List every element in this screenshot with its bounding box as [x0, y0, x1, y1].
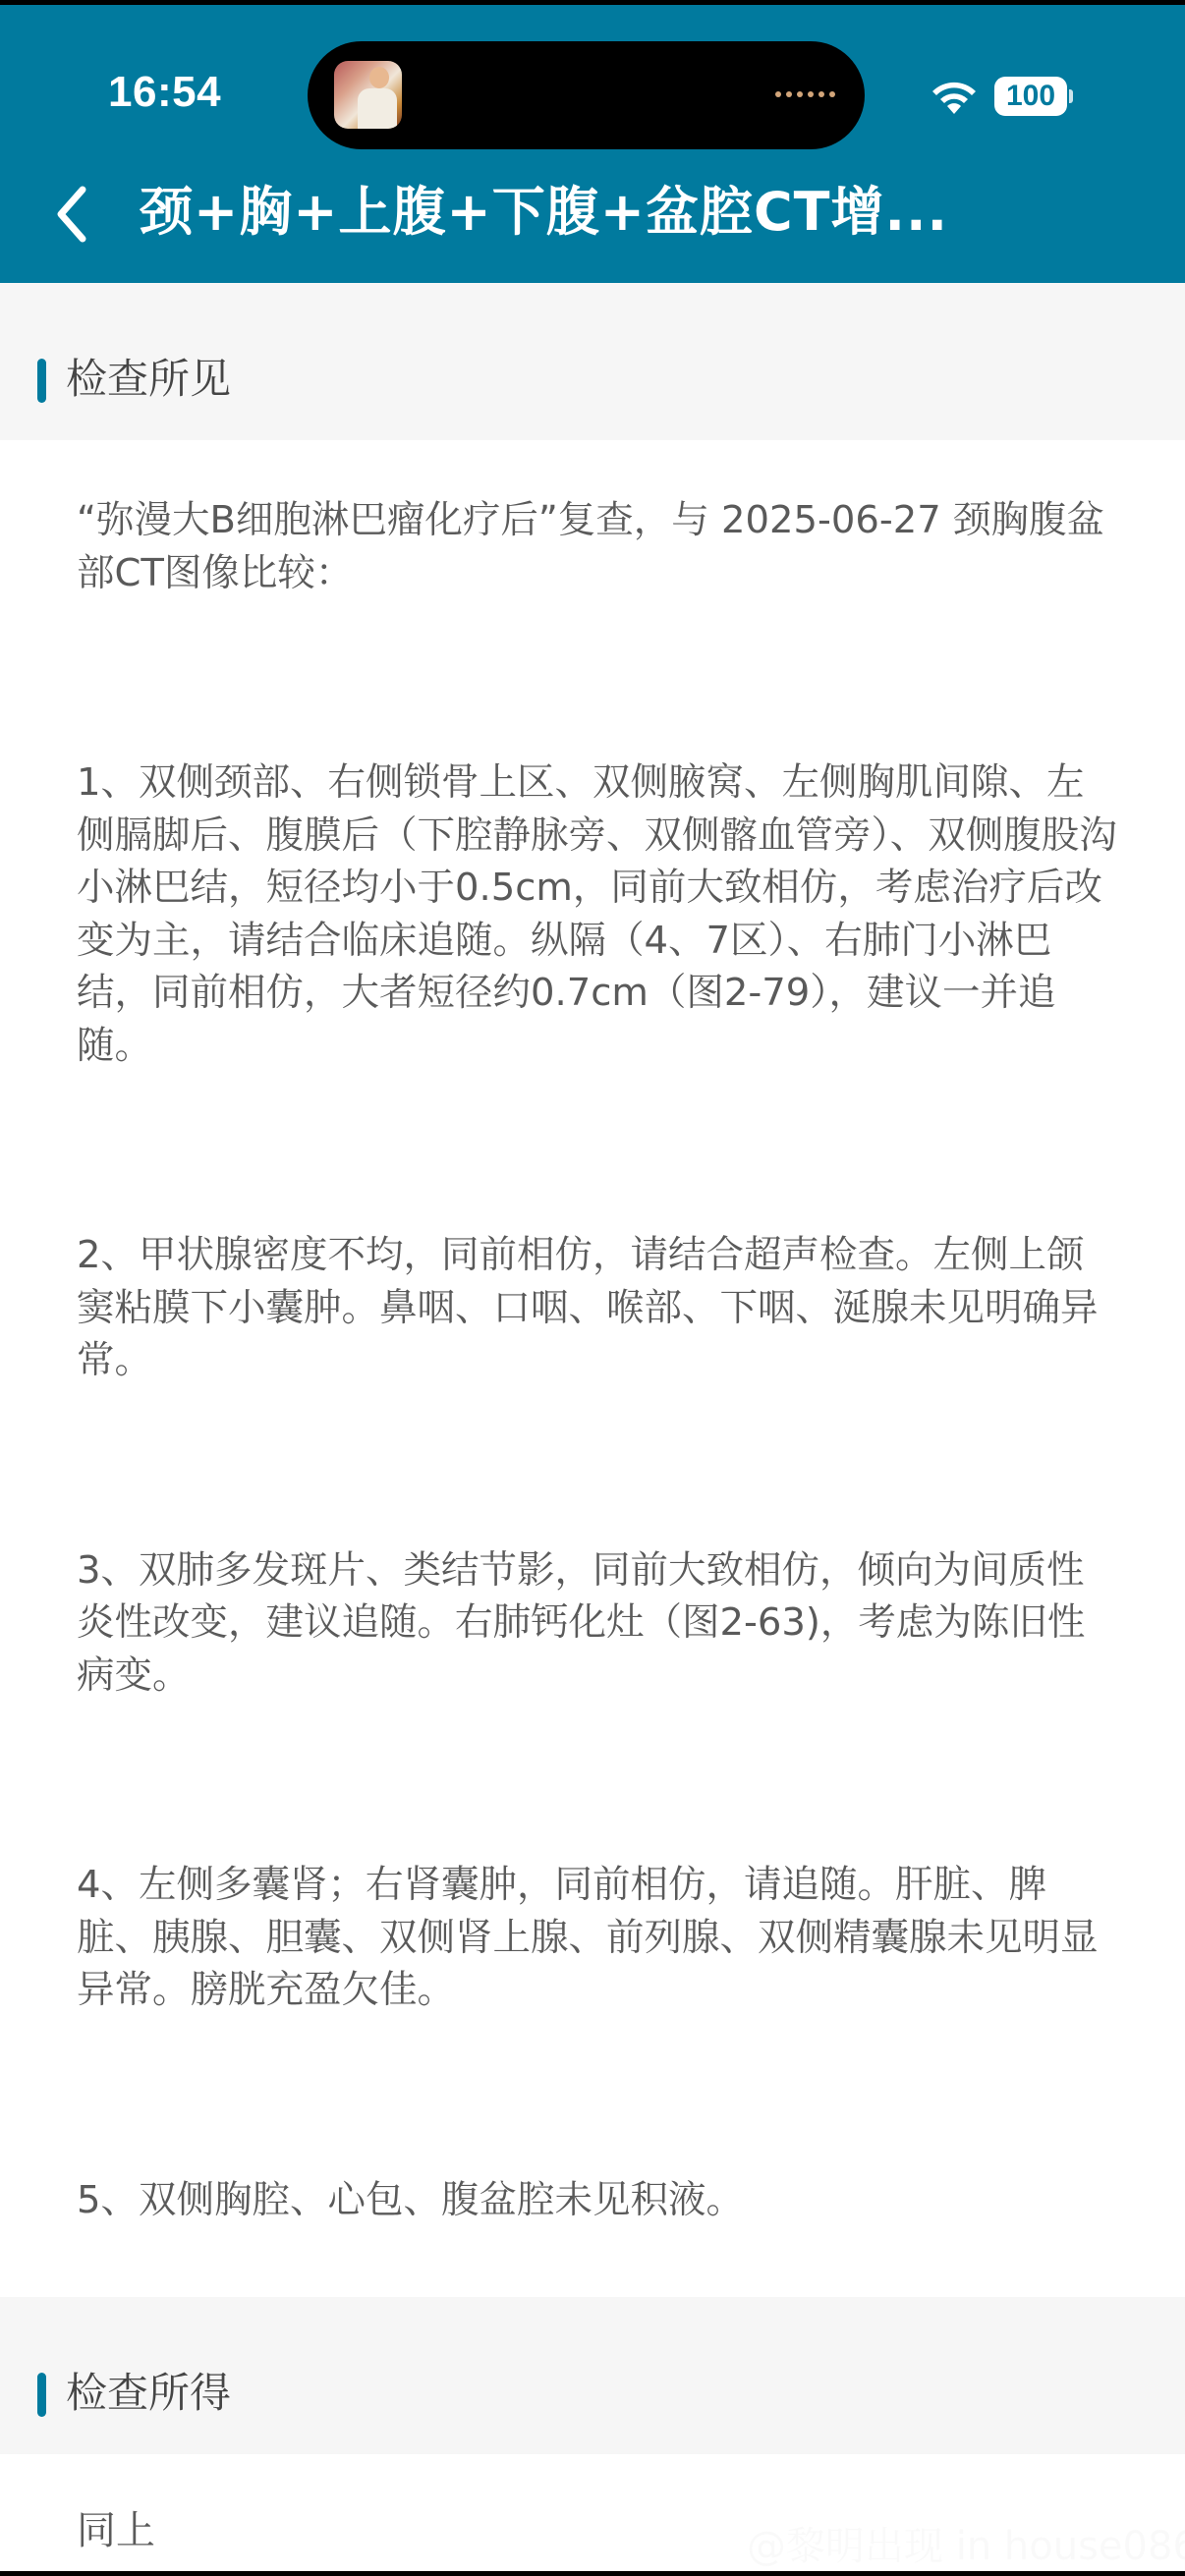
- finding-item-1: 1、双侧颈部、右侧锁骨上区、双侧腋窝、左侧胸肌间隙、左侧膈脚后、腹膜后（下腔静脉…: [77, 756, 1118, 1072]
- album-art-figure-head: [369, 67, 389, 88]
- section-accent-bar: [37, 2373, 46, 2417]
- finding-item-3: 3、双肺多发斑片、类结节影，同前大致相仿，倾向为间质性炎性改变，建议追随。右肺钙…: [77, 1544, 1118, 1703]
- status-bar-time: 16:54: [108, 68, 221, 117]
- section-header-conclusion: 检查所得: [0, 2297, 1185, 2454]
- findings-intro: “弥漫大B细胞淋巴瘤化疗后”复查，与 2025-06-27 颈胸腹盆部CT图像比…: [77, 494, 1118, 599]
- finding-item-5: 5、双侧胸腔、心包、腹盆腔未见积液。: [77, 2174, 1118, 2227]
- findings-content: “弥漫大B细胞淋巴瘤化疗后”复查，与 2025-06-27 颈胸腹盆部CT图像比…: [77, 494, 1118, 2226]
- conclusion-text: 同上: [77, 2505, 155, 2557]
- screen-bottom-edge: [0, 2571, 1185, 2576]
- finding-item-2: 2、甲状腺密度不均，同前相仿，请结合超声检查。左侧上颌窦粘膜下小囊肿。鼻咽、口咽…: [77, 1229, 1118, 1387]
- page-title: 颈+胸+上腹+下腹+盆腔CT增...: [140, 180, 1044, 245]
- battery-indicator: 100: [994, 77, 1067, 116]
- now-playing-album-art[interactable]: [334, 61, 402, 129]
- section-header-findings: 检查所见: [0, 283, 1185, 440]
- section-title: 检查所得: [66, 2368, 231, 2419]
- watermark: @黎明出现 in house086: [747, 2515, 1185, 2571]
- finding-item-4: 4、左侧多囊肾；右肾囊肿，同前相仿，请追随。肝脏、脾脏、胰腺、胆囊、双侧肾上腺、…: [77, 1859, 1118, 2017]
- album-art-figure-body: [358, 88, 397, 129]
- dynamic-island[interactable]: [308, 41, 865, 149]
- audio-waveform-icon: [775, 91, 835, 97]
- wifi-icon: [930, 77, 979, 116]
- chevron-left-icon[interactable]: [47, 180, 96, 249]
- section-title: 检查所见: [66, 354, 231, 405]
- section-accent-bar: [37, 359, 46, 403]
- battery-tip: [1069, 89, 1073, 103]
